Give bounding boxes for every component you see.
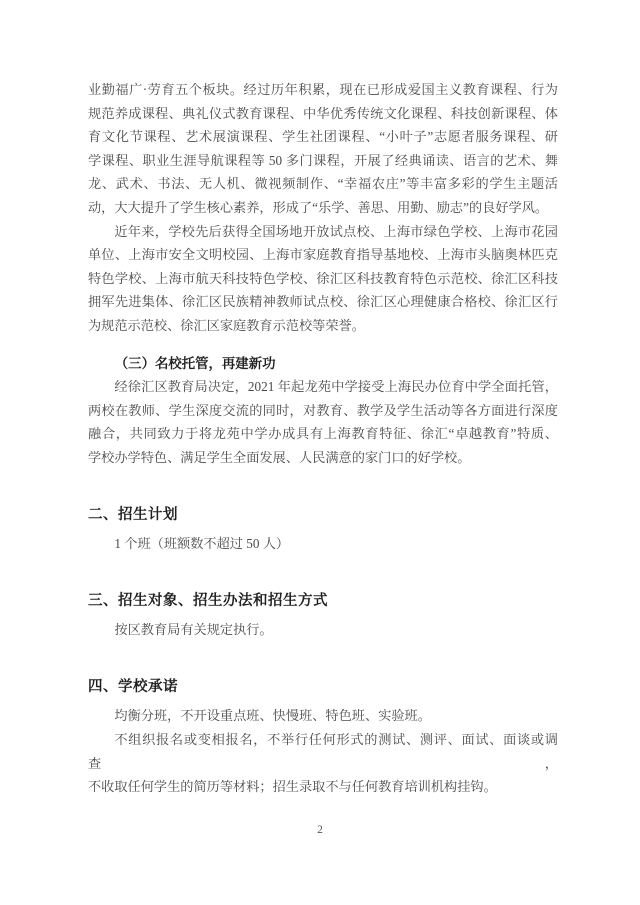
section-heading: 三、招生对象、招生办法和招生方式	[88, 590, 558, 614]
paragraph-line: 1 个班（班额数不超过 50 人）	[88, 532, 558, 556]
paragraph-line: 融合，共同致力于将龙苑中学办成具有上海教育特征、徐汇“卓越教育”特质、	[88, 422, 558, 446]
paragraph-line: 单位、上海市安全文明校园、上海市家庭教育指导基地校、上海市头脑奥林匹克	[88, 243, 558, 267]
document-page: 业勤福广·劳育五个板块。经过历年积累，现在已形成爱国主义教育课程、行为规范养成课…	[0, 0, 640, 905]
paragraph-line: 业勤福广·劳育五个板块。经过历年积累，现在已形成爱国主义教育课程、行为	[88, 78, 558, 102]
paragraph-line: 动，大大提升了学生核心素养，形成了“乐学、善思、用勤、励志”的良好学风。	[88, 196, 558, 220]
paragraph-line: 均衡分班，不开设重点班、快慢班、特色班、实验班。	[88, 704, 558, 728]
section-heading: 二、招生计划	[88, 504, 558, 528]
paragraph-line: 经徐汇区教育局决定，2021 年起龙苑中学接受上海民办位育中学全面托管，	[88, 375, 558, 399]
page-number: 2	[0, 822, 640, 838]
section-heading: 四、学校承诺	[88, 676, 558, 700]
paragraph-line: 拥军先进集体、徐汇区民族精神教师试点校、徐汇区心理健康合格校、徐汇区行	[88, 290, 558, 314]
paragraph-line: 为规范示范校、徐汇区家庭教育示范校等荣誉。	[88, 314, 558, 338]
paragraph-line: 不收取任何学生的简历等材料；招生录取不与任何教育培训机构挂钩。	[88, 775, 558, 799]
paragraph-line: 近年来，学校先后获得全国场地开放试点校、上海市绿色学校、上海市花园	[88, 220, 558, 244]
paragraph-line: 特色学校、上海市航天科技特色学校、徐汇区科技教育特色示范校、徐汇区科技	[88, 267, 558, 291]
paragraph-line: 两校在教师、学生深度交流的同时，对教育、教学及学生活动等各方面进行深度	[88, 399, 558, 423]
paragraph-line: 不组织报名或变相报名，不举行任何形式的测试、测评、面试、面谈或调查，	[88, 728, 558, 775]
paragraph-line: 龙、武术、书法、无人机、微视频制作、“幸福农庄”等丰富多彩的学生主题活	[88, 172, 558, 196]
paragraph-line: 育文化节课程、艺术展演课程、学生社团课程、“小叶子”志愿者服务课程、研	[88, 125, 558, 149]
paragraph-line: 按区教育局有关规定执行。	[88, 618, 558, 642]
paragraph-line: 规范养成课程、典礼仪式教育课程、中华优秀传统文化课程、科技创新课程、体	[88, 102, 558, 126]
paragraph-line: 学课程、职业生涯导航课程等 50 多门课程，开展了经典诵读、语言的艺术、舞	[88, 149, 558, 173]
document-content: 业勤福广·劳育五个板块。经过历年积累，现在已形成爱国主义教育课程、行为规范养成课…	[88, 78, 558, 799]
sub-heading: （三）名校托管，再建新功	[88, 352, 558, 376]
paragraph-line: 学校办学特色、满足学生全面发展、人民满意的家门口的好学校。	[88, 446, 558, 470]
